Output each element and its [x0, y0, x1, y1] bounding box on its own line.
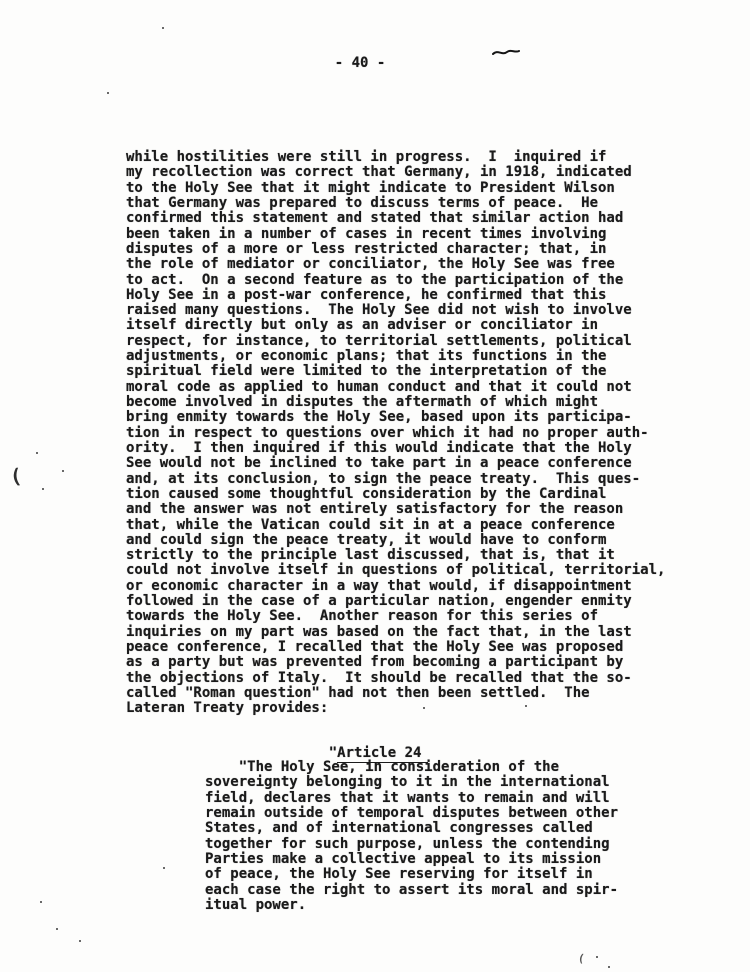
scanned-document-page: - 40 - while hostilities were still in p… [0, 0, 750, 972]
text-line: See would not be inclined to take part i… [126, 456, 665, 471]
scan-speck [79, 940, 81, 942]
text-line: towards the Holy See. Another reason for… [126, 609, 665, 624]
treaty-article-blockquote: "The Holy See, in consideration of theso… [205, 760, 618, 913]
pencil-paren-mark: ( [577, 952, 585, 966]
text-line: to act. On a second feature as to the pa… [126, 273, 665, 288]
text-line: my recollection was correct that Germany… [126, 165, 665, 180]
text-line: each case the right to assert its moral … [205, 883, 618, 898]
text-line: remain outside of temporal disputes betw… [205, 806, 618, 821]
text-line: inquiries on my part was based on the fa… [126, 625, 665, 640]
text-line: bring enmity towards the Holy See, based… [126, 410, 665, 425]
text-line: sovereignty belonging to it in the inter… [205, 775, 618, 790]
scan-speck [608, 966, 610, 968]
text-line: as a party but was prevented from becomi… [126, 655, 665, 670]
text-line: States, and of international congresses … [205, 821, 618, 836]
text-line: moral code as applied to human conduct a… [126, 380, 665, 395]
text-line: field, declares that it wants to remain … [205, 791, 618, 806]
text-line: could not involve itself in questions of… [126, 563, 665, 578]
text-line: tion caused some thoughtful consideratio… [126, 487, 665, 502]
text-line: of peace, the Holy See reserving for its… [205, 867, 618, 882]
text-line: Lateran Treaty provides: [126, 701, 665, 716]
scan-speck [162, 27, 164, 29]
scan-speck [423, 707, 425, 709]
text-line: that Germany was prepared to discuss ter… [126, 196, 665, 211]
text-line: disputes of a more or less restricted ch… [126, 242, 665, 257]
pencil-paren-mark: ( [9, 463, 23, 488]
scan-speck [163, 867, 165, 869]
text-line: or economic character in a way that woul… [126, 579, 665, 594]
text-line: ority. I then inquired if this would ind… [126, 441, 665, 456]
text-line: confirmed this statement and stated that… [126, 211, 665, 226]
text-line: and the answer was not entirely satisfac… [126, 502, 665, 517]
scan-speck [596, 956, 598, 958]
text-line: and could sign the peace treaty, it woul… [126, 533, 665, 548]
text-line: the role of mediator or conciliator, the… [126, 257, 665, 272]
scan-speck [56, 928, 58, 930]
text-line: called "Roman question" had not then bee… [126, 686, 665, 701]
scan-speck [525, 705, 527, 707]
scan-speck [107, 92, 109, 94]
body-paragraph: while hostilities were still in progress… [126, 150, 665, 717]
text-line: spiritual field were limited to the inte… [126, 364, 665, 379]
text-line: Holy See in a post-war conference, he co… [126, 288, 665, 303]
text-line: been taken in a number of cases in recen… [126, 227, 665, 242]
page-number: - 40 - [335, 56, 386, 71]
text-line: and, at its conclusion, to sign the peac… [126, 472, 665, 487]
scan-speck [36, 452, 38, 454]
text-line: itual power. [205, 898, 618, 913]
handwritten-dash-mark [492, 47, 520, 59]
text-line: to the Holy See that it might indicate t… [126, 181, 665, 196]
text-line: Parties make a collective appeal to its … [205, 852, 618, 867]
text-line: the objections of Italy. It should be re… [126, 671, 665, 686]
text-line: that, while the Vatican could sit in at … [126, 518, 665, 533]
text-line: together for such purpose, unless the co… [205, 837, 618, 852]
scan-speck [40, 901, 42, 903]
scan-speck [42, 488, 44, 490]
text-line: itself directly but only as an adviser o… [126, 318, 665, 333]
text-line: respect, for instance, to territorial se… [126, 334, 665, 349]
text-line: tion in respect to questions over which … [126, 426, 665, 441]
scan-speck [62, 470, 64, 472]
